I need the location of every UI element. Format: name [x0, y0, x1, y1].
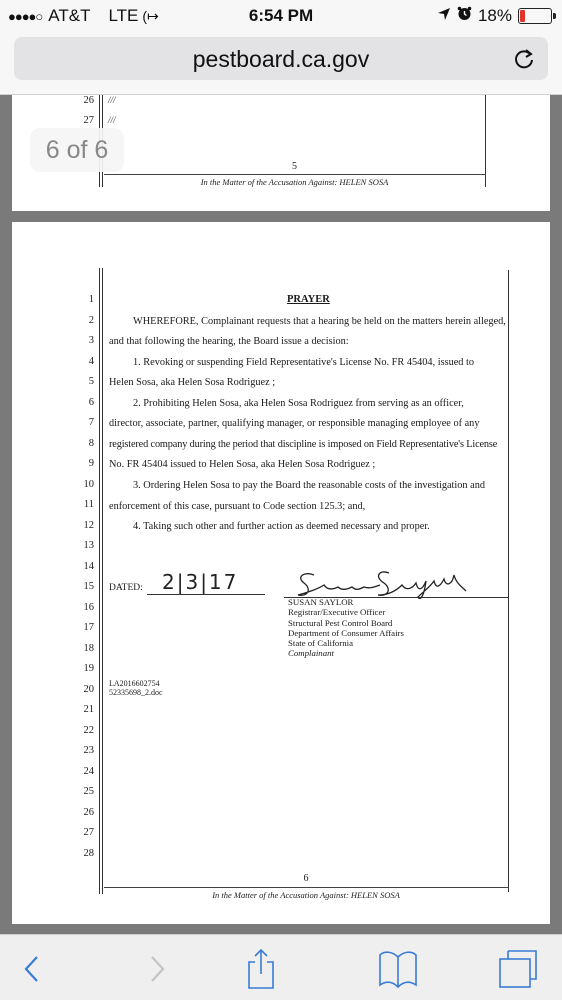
line-number: 15	[72, 581, 94, 592]
document-line: 4. Taking such other and further action …	[133, 521, 430, 532]
line-number: 9	[72, 458, 94, 469]
document-line: 1. Revoking or suspending Field Represen…	[133, 357, 474, 368]
line-number: 13	[72, 540, 94, 551]
signatory-board: Structural Pest Control Board	[288, 618, 404, 628]
dated-line	[147, 594, 265, 595]
document-line: and that following the hearing, the Boar…	[109, 336, 349, 347]
line-number: 25	[72, 786, 94, 797]
signatory-state: State of California	[288, 638, 404, 648]
line-number: 16	[72, 602, 94, 613]
line-number: 19	[72, 663, 94, 674]
line-number: 28	[72, 848, 94, 859]
location-arrow-icon	[437, 6, 451, 26]
line-number: 18	[72, 643, 94, 654]
line-number: 8	[72, 438, 94, 449]
case-number: LA2016602754	[109, 679, 163, 688]
line-number: 21	[72, 704, 94, 715]
top-chrome: ●●●●○ AT&T LTE (↦ 6:54 PM 18%	[0, 0, 562, 95]
address-bar[interactable]: pestboard.ca.gov	[14, 37, 548, 80]
line-number: 1	[72, 294, 94, 305]
alarm-icon	[457, 6, 472, 26]
forward-icon	[146, 954, 168, 984]
line-number: 6	[72, 397, 94, 408]
signatory-role: Complainant	[288, 648, 404, 658]
footer-rule	[104, 887, 509, 888]
document-line: enforcement of this case, pursuant to Co…	[109, 501, 365, 512]
line-number: 14	[72, 561, 94, 572]
battery-fill	[520, 10, 525, 22]
tabs-button[interactable]	[498, 949, 538, 989]
line-number: 27	[72, 827, 94, 838]
document-line: director, associate, partner, qualifying…	[109, 418, 479, 429]
pdf-page-6: 1234567891011121314151617181920212223242…	[12, 222, 550, 924]
reload-icon	[512, 47, 536, 71]
line-number: 17	[72, 622, 94, 633]
footer-caption: In the Matter of the Accusation Against:…	[102, 890, 510, 900]
right-margin-rule	[508, 270, 509, 892]
battery-percent: 18%	[478, 6, 512, 26]
line-number: 22	[72, 725, 94, 736]
line-number: 26	[72, 807, 94, 818]
document-line: 2. Prohibiting Helen Sosa, aka Helen Sos…	[133, 398, 464, 409]
document-line: No. FR 45404 issued to Helen Sosa, aka H…	[109, 459, 375, 470]
line-number: 5	[72, 376, 94, 387]
line-number: 27	[72, 115, 94, 126]
line-number: 23	[72, 745, 94, 756]
share-icon	[245, 948, 277, 990]
reference-block: LA2016602754 52335698_2.doc	[109, 679, 163, 697]
footer-rule	[104, 174, 486, 175]
line-number: 20	[72, 684, 94, 695]
signatory-block: SUSAN SAYLOR Registrar/Executive Officer…	[288, 597, 404, 659]
line-number: 24	[72, 766, 94, 777]
back-button[interactable]	[12, 949, 52, 989]
battery-tip	[553, 13, 556, 19]
back-icon	[21, 954, 43, 984]
page-number: 6	[102, 873, 510, 884]
status-bar: ●●●●○ AT&T LTE (↦ 6:54 PM 18%	[0, 0, 562, 32]
line-number: 4	[72, 356, 94, 367]
bookmarks-button[interactable]	[378, 949, 418, 989]
signatory-department: Department of Consumer Affairs	[288, 628, 404, 638]
address-text[interactable]: pestboard.ca.gov	[14, 46, 548, 73]
dated-label: DATED:	[109, 583, 143, 593]
safari-screen: ●●●●○ AT&T LTE (↦ 6:54 PM 18%	[0, 0, 562, 1000]
page-indicator: 6 of 6	[30, 128, 124, 172]
page-number: 5	[102, 161, 487, 172]
footer-caption: In the Matter of the Accusation Against:…	[102, 177, 487, 187]
bottom-toolbar	[0, 934, 562, 1000]
status-right: 18%	[437, 6, 552, 26]
margin-rule	[99, 268, 103, 894]
document-line: WHEREFORE, Complainant requests that a h…	[133, 316, 506, 327]
document-title: PRAYER	[287, 294, 330, 305]
signatory-name: SUSAN SAYLOR	[288, 597, 404, 607]
handwritten-date: 2|3|17	[162, 570, 238, 594]
line-number: 3	[72, 335, 94, 346]
line-number: 12	[72, 520, 94, 531]
share-button[interactable]	[241, 949, 281, 989]
document-line: 3. Ordering Helen Sosa to pay the Board …	[133, 480, 485, 491]
forward-button[interactable]	[137, 949, 177, 989]
bookmarks-icon	[378, 949, 418, 989]
signatory-title: Registrar/Executive Officer	[288, 607, 404, 617]
document-line: registered company during the period tha…	[109, 439, 497, 450]
battery-icon	[518, 8, 552, 24]
document-line: Helen Sosa, aka Helen Sosa Rodriguez ;	[109, 377, 275, 388]
line-content: ///	[108, 95, 116, 105]
line-number: 7	[72, 417, 94, 428]
line-number: 26	[72, 95, 94, 106]
line-content: ///	[108, 115, 116, 125]
line-number: 10	[72, 479, 94, 490]
file-name: 52335698_2.doc	[109, 688, 163, 697]
tabs-icon	[498, 949, 538, 989]
line-number: 11	[72, 499, 94, 510]
line-number: 2	[72, 315, 94, 326]
reload-button[interactable]	[512, 47, 536, 71]
